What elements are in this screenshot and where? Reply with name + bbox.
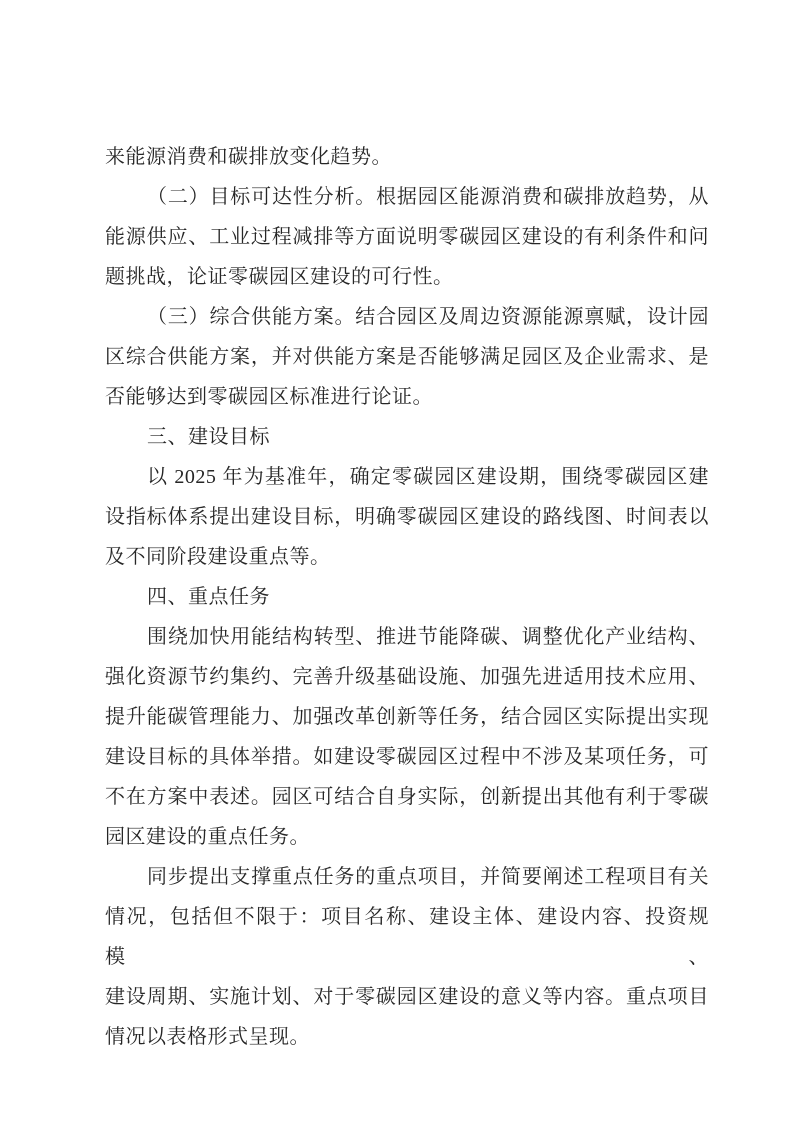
document-page: 来能源消费和碳排放变化趋势。（二）目标可达性分析。根据园区能源消费和碳排放趋势，… <box>0 0 794 1122</box>
text-line: 否能够达到零碳园区标准进行论证。 <box>105 377 709 417</box>
text-line: 能源供应、工业过程减排等方面说明零碳园区建设的有利条件和问 <box>105 217 709 257</box>
text-line: 区综合供能方案，并对供能方案是否能够满足园区及企业需求、是 <box>105 337 709 377</box>
text-line: 情况，包括但不限于：项目名称、建设主体、建设内容、投资规模、 <box>105 897 709 977</box>
text-line: （二）目标可达性分析。根据园区能源消费和碳排放趋势，从 <box>105 177 709 217</box>
text-line: （三）综合供能方案。结合园区及周边资源能源禀赋，设计园 <box>105 297 709 337</box>
text-line: 来能源消费和碳排放变化趋势。 <box>105 137 709 177</box>
text-line: 提升能碳管理能力、加强改革创新等任务，结合园区实际提出实现 <box>105 697 709 737</box>
text-line: 不在方案中表述。园区可结合自身实际，创新提出其他有利于零碳 <box>105 777 709 817</box>
text-line: 建设周期、实施计划、对于零碳园区建设的意义等内容。重点项目 <box>105 977 709 1017</box>
text-line: 强化资源节约集约、完善升级基础设施、加强先进适用技术应用、 <box>105 657 709 697</box>
text-line: 建设目标的具体举措。如建设零碳园区过程中不涉及某项任务，可 <box>105 737 709 777</box>
text-line: 围绕加快用能结构转型、推进节能降碳、调整优化产业结构、 <box>105 617 709 657</box>
text-line: 情况以表格形式呈现。 <box>105 1017 709 1057</box>
text-line: 及不同阶段建设重点等。 <box>105 537 709 577</box>
text-line: 园区建设的重点任务。 <box>105 817 709 857</box>
text-line: 题挑战，论证零碳园区建设的可行性。 <box>105 257 709 297</box>
document-body: 来能源消费和碳排放变化趋势。（二）目标可达性分析。根据园区能源消费和碳排放趋势，… <box>105 137 709 1057</box>
text-line: 设指标体系提出建设目标，明确零碳园区建设的路线图、时间表以 <box>105 497 709 537</box>
text-line: 以 2025 年为基准年，确定零碳园区建设期，围绕零碳园区建 <box>105 457 709 497</box>
section-heading: 三、建设目标 <box>105 417 709 457</box>
section-heading: 四、重点任务 <box>105 577 709 617</box>
text-line: 同步提出支撑重点任务的重点项目，并简要阐述工程项目有关 <box>105 857 709 897</box>
